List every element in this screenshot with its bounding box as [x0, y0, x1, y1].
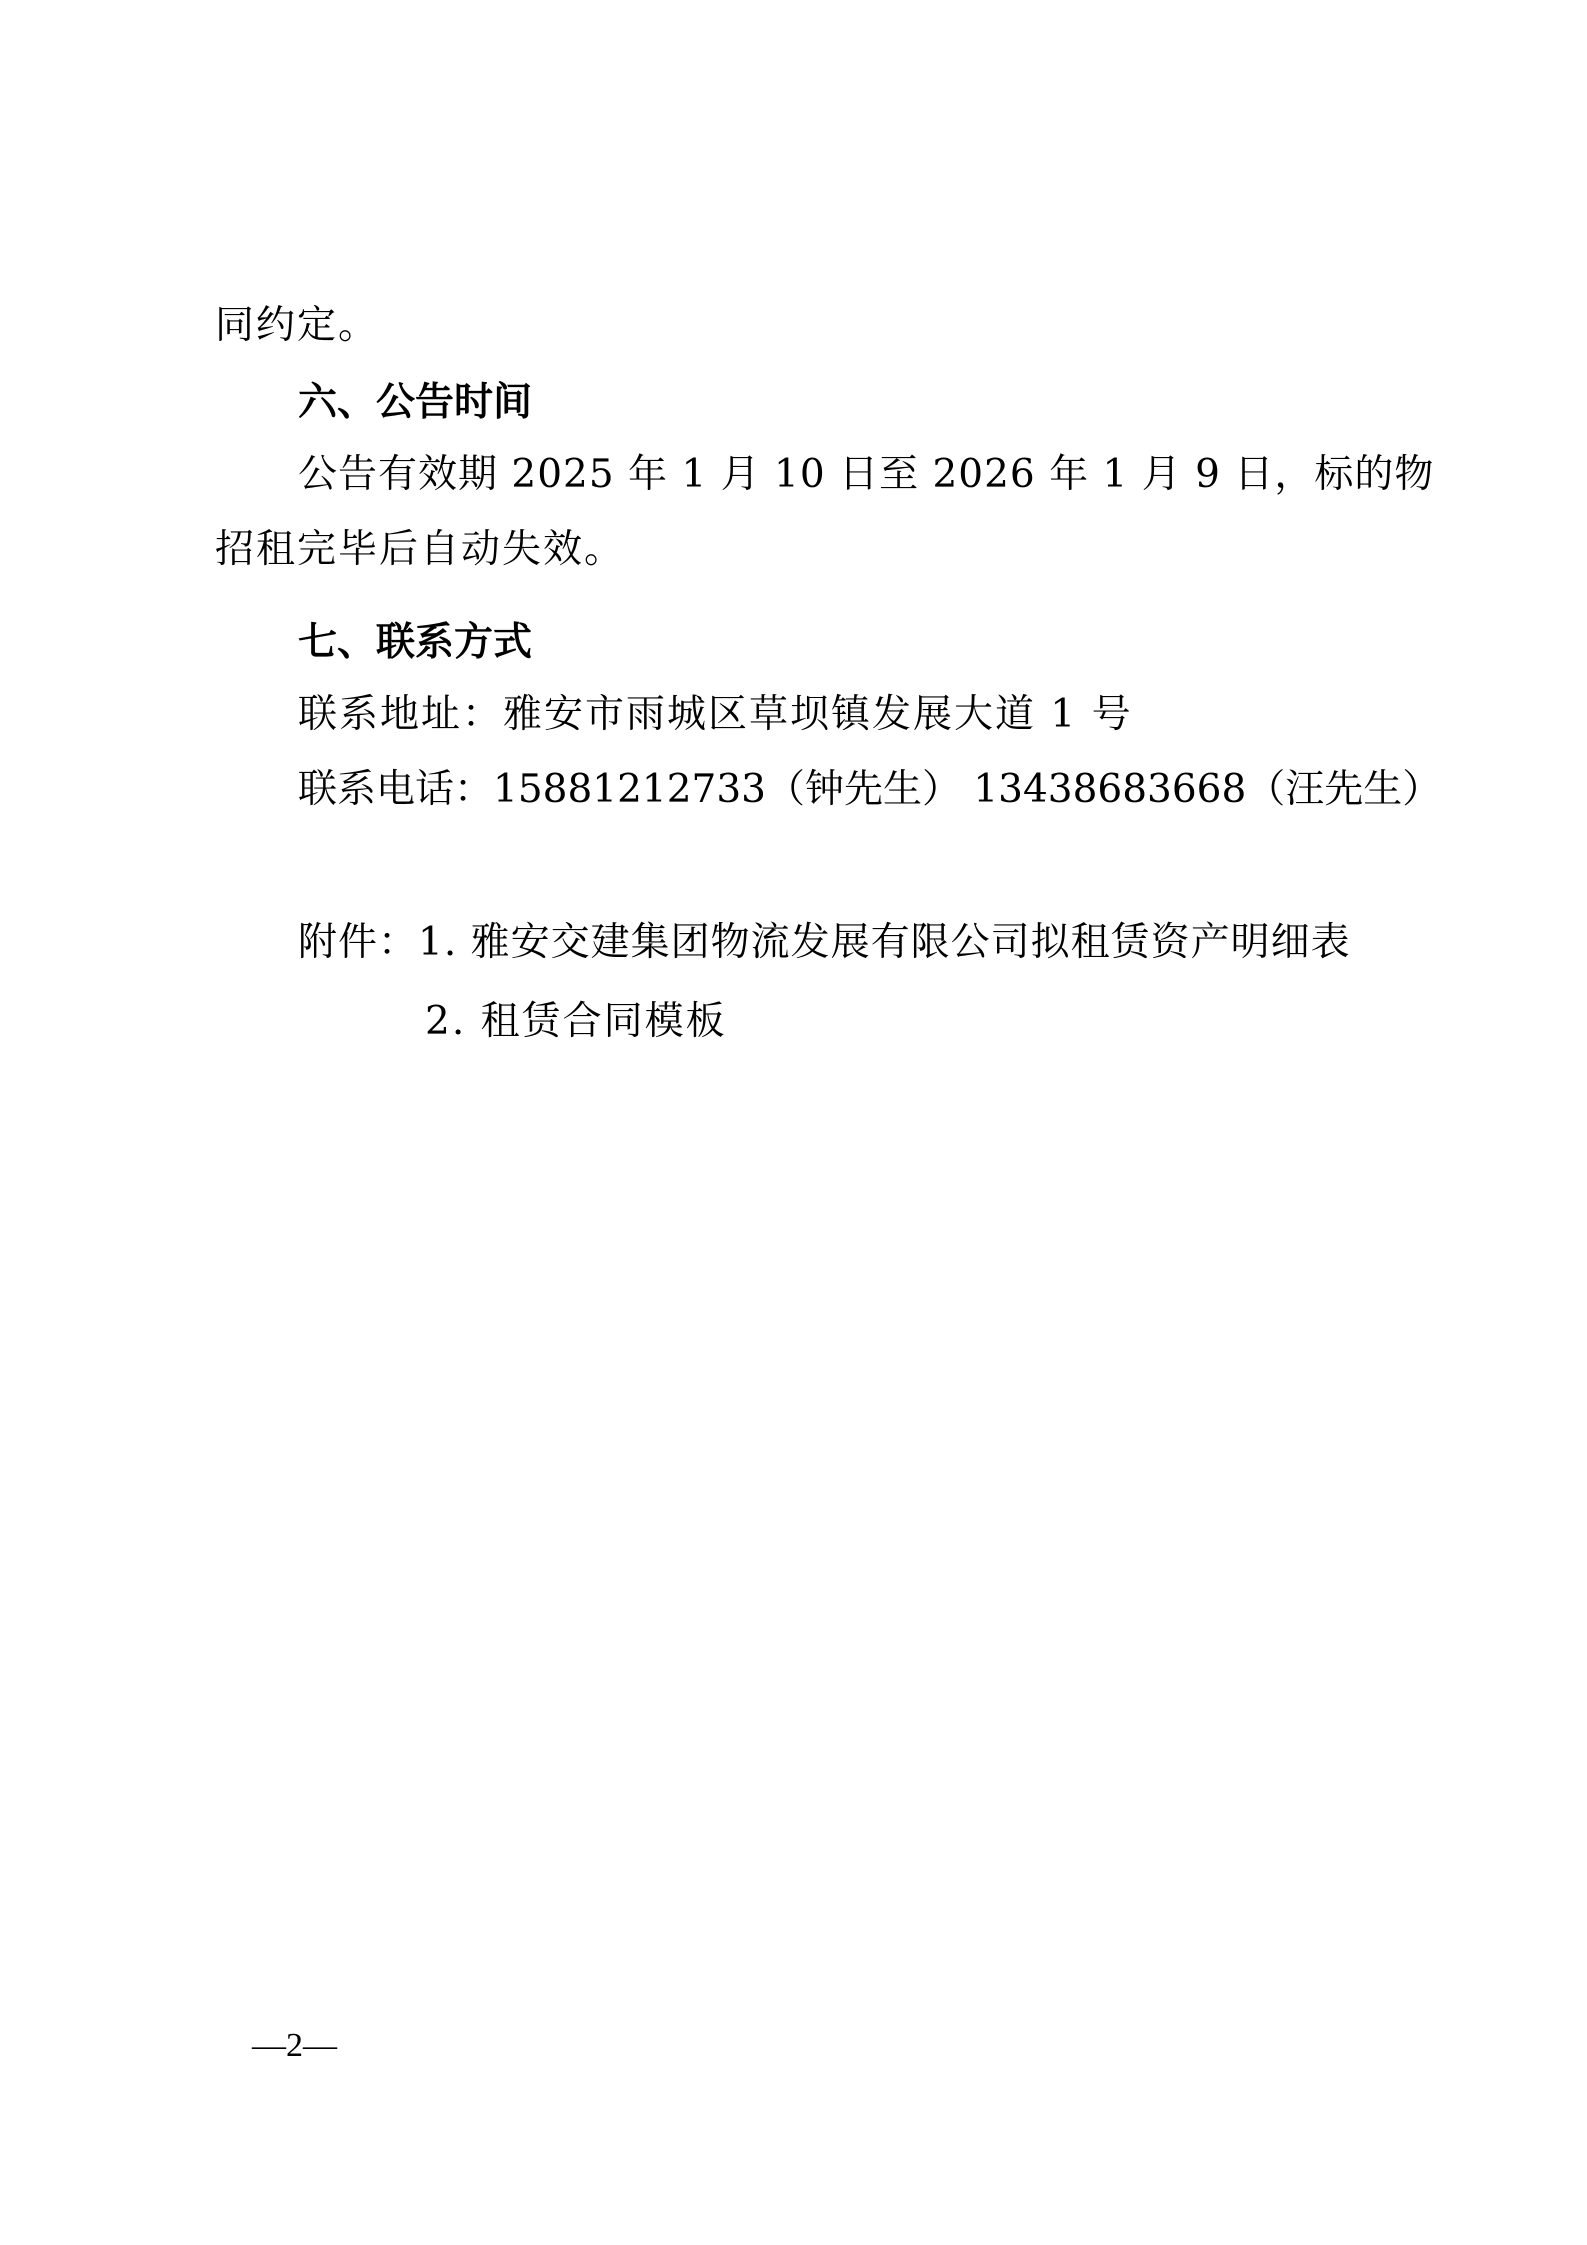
section-heading-contact: 七、联系方式: [298, 620, 532, 666]
contact-phone: 联系电话：15881212733（钟先生） 13438683668（汪先生）: [298, 767, 1441, 813]
contact-address: 联系地址：雅安市雨城区草坝镇发展大道 1 号: [298, 692, 1133, 738]
attachment-2: 2. 租赁合同模板: [425, 999, 727, 1045]
announcement-validity-text: 公告有效期 2025 年 1 月 10 日至 2026 年 1 月 9 日，标的…: [298, 452, 1434, 498]
attachment-1: 附件：1. 雅安交建集团物流发展有限公司拟租赁资产明细表: [298, 920, 1351, 966]
page-number: —2—: [252, 2026, 337, 2066]
announcement-validity-text-cont: 招租完毕后自动失效。: [215, 527, 625, 573]
paragraph-continuation: 同约定。: [215, 303, 379, 349]
section-heading-announcement-time: 六、公告时间: [298, 380, 532, 426]
